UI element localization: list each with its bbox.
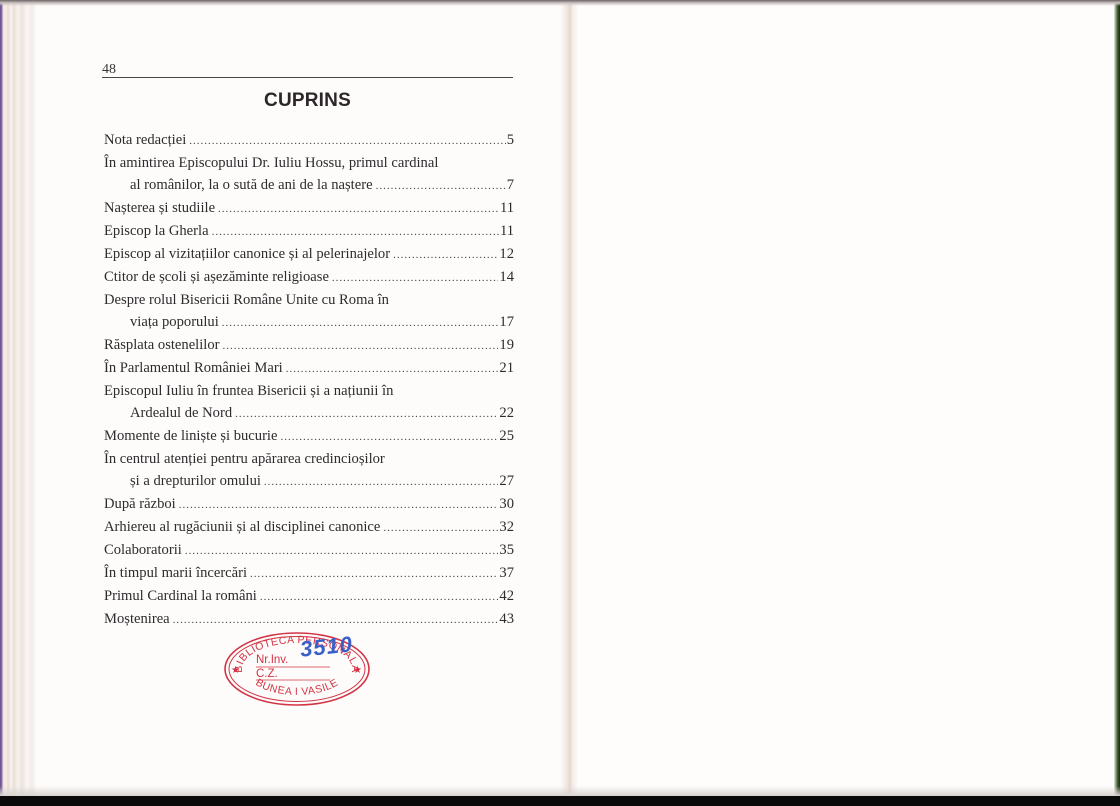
bottom-shade [0,786,1120,796]
toc-page-number: 37 [498,562,514,584]
toc-entry-title: După război [104,493,179,515]
toc-leader-dots [212,221,499,243]
toc-entry: În timpul marii încercări37 [104,562,514,585]
toc-page-number: 32 [498,516,514,538]
toc-entry: Episcop la Gherla11 [104,220,514,243]
toc-leader-dots [260,586,499,608]
svg-text:★: ★ [231,665,240,676]
toc-entry: În centrul atenției pentru apărarea cred… [104,448,514,493]
top-shadow [0,0,1120,6]
toc-entry-title: Episcop la Gherla [104,220,212,242]
toc-line: Ctitor de școli și așezăminte religioase… [104,266,514,289]
toc-entry-title: Arhiereu al rugăciunii și al disciplinei… [104,516,383,538]
toc-page-number: 21 [498,357,514,379]
toc-entry-title: al românilor, la o sută de ani de la naș… [130,174,376,196]
toc-entry: Răsplata ostenelilor19 [104,334,514,357]
toc-line: Ardealul de Nord22 [104,402,514,425]
toc-page-number: 27 [498,470,514,492]
toc-line: Episcopul Iuliu în fruntea Bisericii și … [104,380,514,402]
toc-page-number: 25 [498,425,514,447]
toc-leader-dots [179,494,499,516]
toc-entry-title: viața poporului [130,311,222,333]
toc-entry: În Parlamentul României Mari21 [104,357,514,380]
toc-entry: Colaboratorii35 [104,539,514,562]
toc-leader-dots [286,358,499,380]
toc-leader-dots [189,130,505,152]
header-rule [102,77,513,78]
toc-page-number: 11 [499,220,514,242]
toc-entry: Episcop al vizitațiilor canonice și al p… [104,243,514,266]
stamp-cz-label: C.Z. [256,668,278,680]
toc-leader-dots [264,471,498,493]
toc-page-number: 30 [498,493,514,515]
toc-page-number: 12 [498,243,514,265]
toc-page-number: 42 [498,585,514,607]
toc-line: Episcop al vizitațiilor canonice și al p… [104,243,514,266]
toc-entry-title: În timpul marii încercări [104,562,250,584]
toc-leader-dots [393,244,498,266]
toc-line: Episcop la Gherla11 [104,220,514,243]
toc-entry-title: În centrul atenției pentru apărarea cred… [104,448,388,470]
toc-title: CUPRINS [102,90,513,112]
toc-page-number: 22 [498,402,514,424]
open-book: 48 CUPRINS Nota redacției5În amintirea E… [0,0,1120,796]
toc-line: În amintirea Episcopului Dr. Iuliu Hossu… [104,152,514,174]
toc-entry-title: În Parlamentul României Mari [104,357,286,379]
toc-leader-dots [332,267,498,289]
toc-entry: După război30 [104,493,514,516]
book-gutter [560,0,578,796]
toc-entry: Episcopul Iuliu în fruntea Bisericii și … [104,380,514,425]
toc-leader-dots [383,517,498,539]
table-of-contents: Nota redacției5În amintirea Episcopului … [104,129,514,631]
toc-entry-title: În amintirea Episcopului Dr. Iuliu Hossu… [104,152,441,174]
toc-entry: Nota redacției5 [104,129,514,152]
toc-entry-title: Nașterea și studiile [104,197,218,219]
toc-leader-dots [218,198,499,220]
toc-line: În Parlamentul României Mari21 [104,357,514,380]
toc-entry-title: Răsplata ostenelilor [104,334,223,356]
right-page-edge [1114,0,1120,796]
toc-entry-title: Nota redacției [104,129,189,151]
library-stamp: BIBLIOTECA PERSONALA BUNEA I VASILE ★ ★ … [222,630,372,708]
toc-entry-title: Despre rolul Bisericii Române Unite cu R… [104,289,392,311]
toc-entry: Primul Cardinal la români42 [104,585,514,608]
toc-entry: Despre rolul Bisericii Române Unite cu R… [104,289,514,334]
toc-page-number: 35 [498,539,514,561]
stamp-inv-label: Nr.Inv. [256,654,288,666]
toc-leader-dots [185,540,499,562]
toc-entry-title: Moștenirea [104,608,173,630]
toc-line: Nota redacției5 [104,129,514,152]
toc-page-number: 5 [506,129,514,151]
toc-line: și a drepturilor omului27 [104,470,514,493]
toc-leader-dots [280,426,498,448]
page-edges [0,0,36,796]
toc-leader-dots [376,175,506,197]
toc-page-number: 17 [498,311,514,333]
toc-line: Răsplata ostenelilor19 [104,334,514,357]
toc-leader-dots [250,563,498,585]
svg-text:★: ★ [353,665,362,676]
toc-page-number: 14 [498,266,514,288]
toc-line: Primul Cardinal la români42 [104,585,514,608]
toc-entry: În amintirea Episcopului Dr. Iuliu Hossu… [104,152,514,197]
toc-entry: Nașterea și studiile11 [104,197,514,220]
toc-line: Arhiereu al rugăciunii și al disciplinei… [104,516,514,539]
toc-entry: Arhiereu al rugăciunii și al disciplinei… [104,516,514,539]
toc-entry-title: Colaboratorii [104,539,185,561]
toc-entry: Ctitor de școli și așezăminte religioase… [104,266,514,289]
toc-line: Despre rolul Bisericii Române Unite cu R… [104,289,514,311]
toc-entry-title: Ardealul de Nord [130,402,235,424]
toc-line: Nașterea și studiile11 [104,197,514,220]
toc-entry: Momente de liniște și bucurie25 [104,425,514,448]
toc-leader-dots [222,312,499,334]
toc-line: După război30 [104,493,514,516]
toc-line: Colaboratorii35 [104,539,514,562]
stamp-inventory-number: 3510 [299,631,354,662]
toc-entry-title: Momente de liniște și bucurie [104,425,280,447]
toc-line: Moștenirea43 [104,608,514,631]
right-page-blank [578,4,1116,796]
toc-leader-dots [173,609,499,631]
toc-page-number: 11 [499,197,514,219]
toc-entry-title: Ctitor de școli și așezăminte religioase [104,266,332,288]
toc-page-number: 43 [498,608,514,630]
toc-entry-title: Episcopul Iuliu în fruntea Bisericii și … [104,380,396,402]
toc-entry-title: Episcop al vizitațiilor canonice și al p… [104,243,393,265]
toc-page-number: 19 [498,334,514,356]
toc-line: În timpul marii încercări37 [104,562,514,585]
toc-line: Momente de liniște și bucurie25 [104,425,514,448]
toc-leader-dots [235,403,498,425]
toc-leader-dots [223,335,499,357]
toc-line: În centrul atenției pentru apărarea cred… [104,448,514,470]
toc-line: viața poporului17 [104,311,514,334]
toc-line: al românilor, la o sută de ani de la naș… [104,174,514,197]
toc-entry: Moștenirea43 [104,608,514,631]
toc-page-number: 7 [506,174,514,196]
page-number: 48 [102,62,116,78]
toc-entry-title: și a drepturilor omului [130,470,264,492]
toc-entry-title: Primul Cardinal la români [104,585,260,607]
